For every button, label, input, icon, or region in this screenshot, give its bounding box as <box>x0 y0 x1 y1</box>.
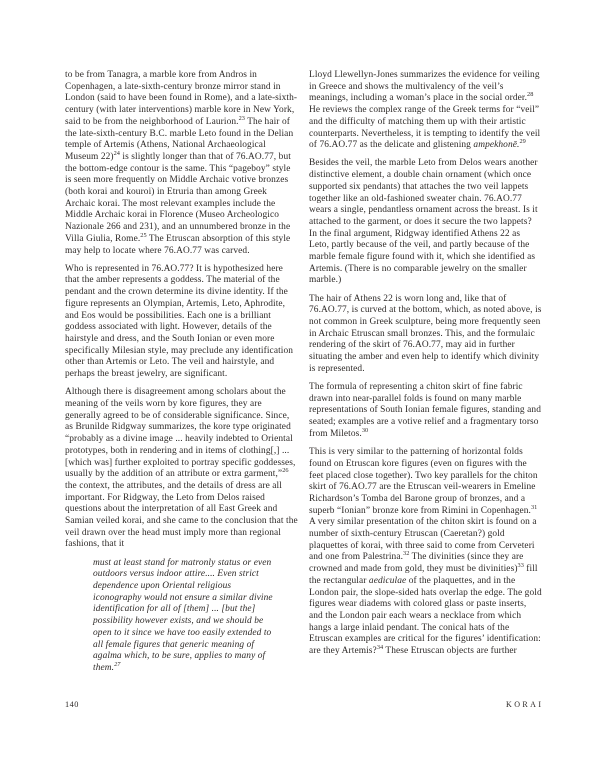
text-run: These Etruscan objects are further <box>383 646 517 656</box>
text-run: The hair of Athens 22 is worn long and, … <box>309 294 542 374</box>
page-number: 140 <box>65 699 79 711</box>
footnote-reference: 26 <box>282 467 288 474</box>
text-run: aediculae <box>369 576 406 586</box>
paragraph: Who is represented in 76.AO.77? It is hy… <box>65 264 298 381</box>
paragraph: to be from Tanagra, a marble kore from A… <box>65 70 298 257</box>
right-column: Lloyd Llewellyn-Jones summarizes the evi… <box>309 70 542 681</box>
running-title: KORAI <box>506 699 543 711</box>
text-columns: to be from Tanagra, a marble kore from A… <box>65 70 542 681</box>
paragraph: Although there is disagreement among sch… <box>65 387 298 551</box>
paragraph: The hair of Athens 22 is worn long and, … <box>309 294 542 376</box>
text-run: Besides the veil, the marble Leto from D… <box>309 158 538 285</box>
footnote-reference: 30 <box>362 427 368 434</box>
text-run: This is very similar to the patterning o… <box>309 447 538 516</box>
text-run: of the plaquettes, and in the London pai… <box>309 576 542 656</box>
footnote-reference: 29 <box>519 138 525 145</box>
paragraph: Lloyd Llewellyn-Jones summarizes the evi… <box>309 70 542 152</box>
paragraph: This is very similar to the patterning o… <box>309 447 542 658</box>
footnote-reference: 27 <box>114 661 120 668</box>
book-page: to be from Tanagra, a marble kore from A… <box>0 0 600 762</box>
text-run: is slightly longer than that of 76.AO.77… <box>65 152 291 244</box>
block-quote: must at least stand for matronly status … <box>93 558 274 675</box>
text-run: The formula of representing a chiton ski… <box>309 382 541 439</box>
paragraph: The formula of representing a chiton ski… <box>309 382 542 441</box>
page-footer: 140 KORAI <box>65 699 541 711</box>
left-column: to be from Tanagra, a marble kore from A… <box>65 70 298 681</box>
footnote-reference: 28 <box>527 91 533 98</box>
text-run: the context, the attributes, and the det… <box>65 481 298 550</box>
text-run: Lloyd Llewellyn-Jones summarizes the evi… <box>309 70 540 103</box>
text-run: Who is represented in 76.AO.77? It is hy… <box>65 264 293 379</box>
text-run: ampekhonē. <box>473 140 519 150</box>
footnote-reference: 31 <box>531 503 537 510</box>
text-run: Although there is disagreement among sch… <box>65 387 295 479</box>
text-run: must at least stand for matronly status … <box>93 558 273 673</box>
paragraph: Besides the veil, the marble Leto from D… <box>309 158 542 287</box>
